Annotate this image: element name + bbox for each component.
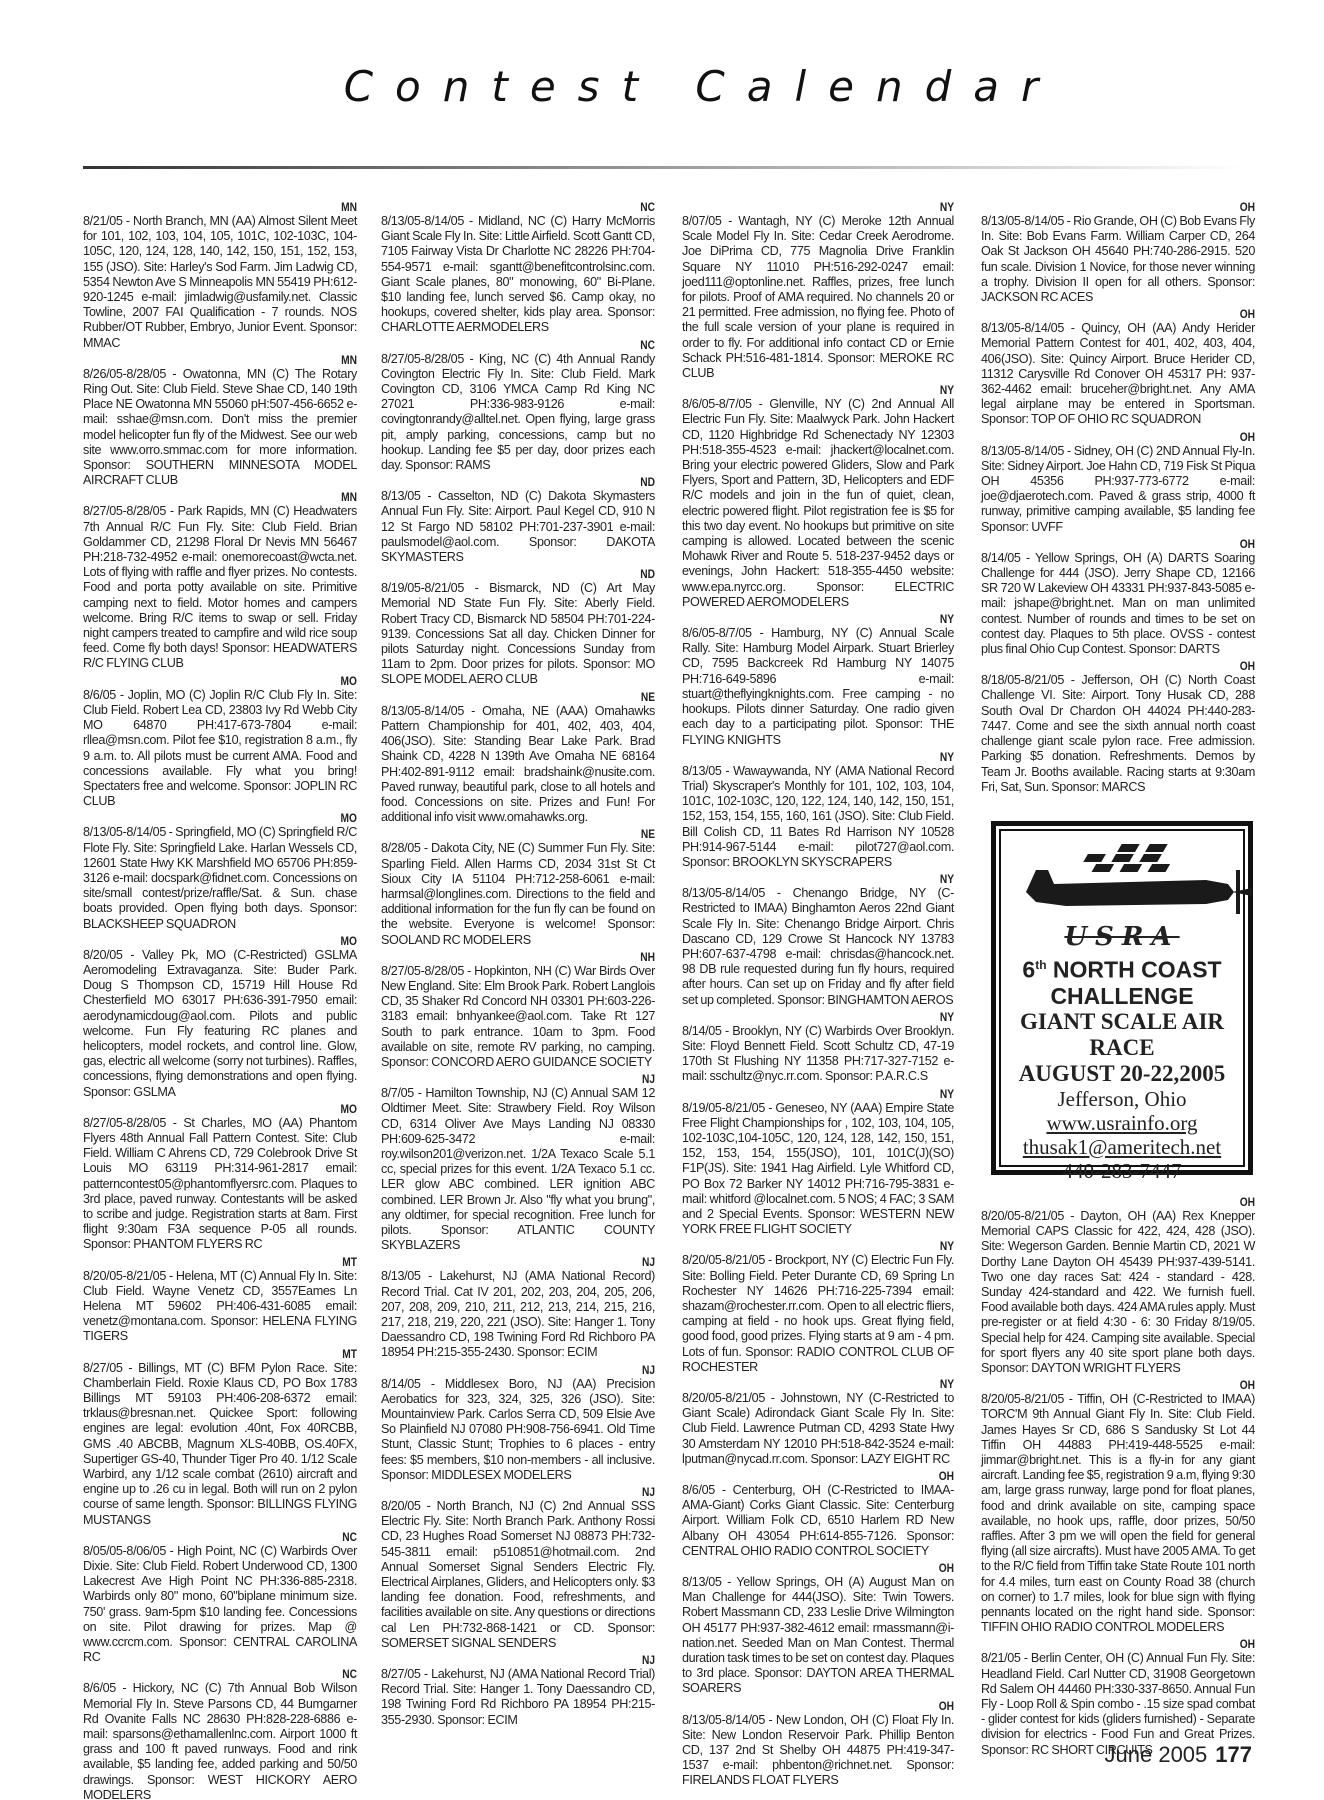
calendar-entry: MO8/13/05-8/14/05 - Springfield, MO (C) … <box>83 811 357 931</box>
entry-text: 8/6/05 - Joplin, MO (C) Joplin R/C Club … <box>83 688 357 810</box>
state-heading: OH <box>723 1699 954 1713</box>
entry-text: 8/21/05 - North Branch, MN (AA) Almost S… <box>83 214 357 351</box>
calendar-entry: MO8/20/05 - Valley Pk, MO (C-Restricted)… <box>83 934 357 1100</box>
calendar-entry: NY8/14/05 - Brooklyn, NY (C) Warbirds Ov… <box>682 1010 954 1085</box>
calendar-entry: ND8/13/05 - Casselton, ND (C) Dakota Sky… <box>381 475 655 565</box>
calendar-entry: OH8/13/05-8/14/05 - Sidney, OH (C) 2ND A… <box>981 430 1255 535</box>
entry-text: 8/6/05 - Hickory, NC (C) 7th Annual Bob … <box>83 1681 357 1800</box>
entry-text: 8/7/05 - Hamilton Township, NJ (C) Annua… <box>381 1086 655 1253</box>
entry-text: 8/13/05-8/14/05 - Rio Grande, OH (C) Bob… <box>981 214 1255 305</box>
state-heading: NC <box>124 1667 357 1681</box>
state-heading: NY <box>723 1239 954 1253</box>
entry-text: 8/27/05 - Lakehurst, NJ (AMA National Re… <box>381 1667 655 1728</box>
state-heading: NC <box>422 200 655 214</box>
calendar-entry: MO8/6/05 - Joplin, MO (C) Joplin R/C Clu… <box>83 674 357 810</box>
state-heading: OH <box>1022 307 1255 321</box>
entry-text: 8/13/05-8/14/05 - Springfield, MO (C) Sp… <box>83 825 357 931</box>
state-heading: NY <box>723 383 954 397</box>
state-heading: NY <box>723 1087 954 1101</box>
entry-text: 8/13/05-8/14/05 - Chenango Bridge, NY (C… <box>682 886 954 1008</box>
entry-text: 8/20/05-8/21/05 - Johnstown, NY (C-Restr… <box>682 1391 954 1467</box>
calendar-entry: NY8/19/05-8/21/05 - Geneseo, NY (AAA) Em… <box>682 1087 954 1238</box>
state-heading: NY <box>723 872 954 886</box>
entry-text: 8/13/05 - Lakehurst, NJ (AMA National Re… <box>381 1269 655 1360</box>
calendar-entry: NC8/27/05-8/28/05 - King, NC (C) 4th Ann… <box>381 338 655 474</box>
entry-text: 8/20/05-8/21/05 - Dayton, OH (AA) Rex Kn… <box>981 1209 1255 1376</box>
calendar-entry: NY8/13/05-8/14/05 - Chenango Bridge, NY … <box>682 872 954 1008</box>
state-heading: NJ <box>422 1363 655 1377</box>
entry-text: 8/05/05-8/06/05 - High Point, NC (C) War… <box>83 1544 357 1666</box>
calendar-entry: OH8/13/05-8/14/05 - New London, OH (C) F… <box>682 1699 954 1789</box>
state-heading: ND <box>422 567 655 581</box>
calendar-entry: NJ8/14/05 - Middlesex Boro, NJ (AA) Prec… <box>381 1363 655 1483</box>
state-heading: MT <box>124 1347 357 1361</box>
entry-text: 8/18/05-8/21/05 - Jefferson, OH (C) Nort… <box>981 673 1255 795</box>
column-4-bottom: OH8/20/05-8/21/05 - Dayton, OH (AA) Rex … <box>981 1195 1255 1758</box>
state-heading: NY <box>723 612 954 626</box>
entry-text: 8/27/05-8/28/05 - St Charles, MO (AA) Ph… <box>83 1116 357 1253</box>
entry-text: 8/6/05-8/7/05 - Glenville, NY (C) 2nd An… <box>682 397 954 610</box>
calendar-entry: NJ8/27/05 - Lakehurst, NJ (AMA National … <box>381 1653 655 1728</box>
entry-text: 8/13/05 - Casselton, ND (C) Dakota Skyma… <box>381 489 655 565</box>
state-heading: MN <box>124 353 357 367</box>
calendar-entry: NJ8/13/05 - Lakehurst, NJ (AMA National … <box>381 1255 655 1360</box>
ad-location: Jefferson, Ohio <box>1006 1087 1238 1111</box>
state-heading: MO <box>124 1102 357 1116</box>
entry-text: 8/14/05 - Brooklyn, NY (C) Warbirds Over… <box>682 1024 954 1085</box>
state-heading: NH <box>422 950 655 964</box>
entry-text: 8/13/05-8/14/05 - Sidney, OH (C) 2ND Ann… <box>981 444 1255 535</box>
ad-line-2: CHALLENGE <box>1006 983 1238 1009</box>
calendar-entry: OH8/13/05-8/14/05 - Rio Grande, OH (C) B… <box>981 200 1255 305</box>
calendar-entry: OH8/14/05 - Yellow Springs, OH (A) DARTS… <box>981 537 1255 657</box>
entry-text: 8/13/05-8/14/05 - Midland, NC (C) Harry … <box>381 214 655 336</box>
calendar-entry: NJ8/20/05 - North Branch, NJ (C) 2nd Ann… <box>381 1485 655 1651</box>
state-heading: MT <box>124 1255 357 1269</box>
state-heading: OH <box>1022 1378 1255 1392</box>
calendar-entry: OH8/18/05-8/21/05 - Jefferson, OH (C) No… <box>981 659 1255 795</box>
calendar-entry: OH8/20/05-8/21/05 - Dayton, OH (AA) Rex … <box>981 1195 1255 1376</box>
state-heading: NY <box>723 750 954 764</box>
state-heading: OH <box>1022 430 1255 444</box>
column-4: OH8/13/05-8/14/05 - Rio Grande, OH (C) B… <box>981 198 1255 1758</box>
state-heading: MO <box>124 934 357 948</box>
ad-line-4: RACE <box>1006 1035 1238 1061</box>
entry-text: 8/6/05-8/7/05 - Hamburg, NY (C) Annual S… <box>682 626 954 748</box>
entry-text: 8/14/05 - Middlesex Boro, NJ (AA) Precis… <box>381 1377 655 1483</box>
state-heading: OH <box>723 1469 954 1483</box>
calendar-entry: NC8/13/05-8/14/05 - Midland, NC (C) Harr… <box>381 200 655 336</box>
entry-text: 8/6/05 - Centerburg, OH (C-Restricted to… <box>682 1483 954 1559</box>
calendar-entry: NC8/6/05 - Hickory, NC (C) 7th Annual Bo… <box>83 1667 357 1800</box>
calendar-entry: OH8/21/05 - Berlin Center, OH (C) Annual… <box>981 1637 1255 1757</box>
state-heading: NY <box>723 200 954 214</box>
entry-text: 8/27/05 - Billings, MT (C) BFM Pylon Rac… <box>83 1361 357 1528</box>
calendar-entry: NY8/6/05-8/7/05 - Glenville, NY (C) 2nd … <box>682 383 954 610</box>
state-heading: NJ <box>422 1485 655 1499</box>
page-footer: June 2005177 <box>1105 1742 1252 1768</box>
calendar-entry: MT8/20/05-8/21/05 - Helena, MT (C) Annua… <box>83 1255 357 1345</box>
ad-email-link[interactable]: thusak1@ameritech.net <box>1006 1135 1238 1159</box>
calendar-entry: MT8/27/05 - Billings, MT (C) BFM Pylon R… <box>83 1347 357 1528</box>
entry-text: 8/13/05-8/14/05 - Quincy, OH (AA) Andy H… <box>981 321 1255 427</box>
state-heading: MO <box>124 811 357 825</box>
state-heading: MN <box>124 200 357 214</box>
entry-text: 8/19/05-8/21/05 - Bismarck, ND (C) Art M… <box>381 581 655 687</box>
ad-line-3: GIANT SCALE AIR <box>1006 1009 1238 1035</box>
entry-text: 8/19/05-8/21/05 - Geneseo, NY (AAA) Empi… <box>682 1101 954 1238</box>
ad-line-1: 6th NORTH COAST <box>1006 952 1238 983</box>
state-heading: NJ <box>422 1653 655 1667</box>
state-heading: NE <box>422 690 655 704</box>
page-title: Contest Calendar <box>0 62 1324 111</box>
ad-date: AUGUST 20-22,2005 <box>1006 1061 1238 1087</box>
calendar-entry: MN8/21/05 - North Branch, MN (AA) Almost… <box>83 200 357 351</box>
entry-text: 8/26/05-8/28/05 - Owatonna, MN (C) The R… <box>83 367 357 489</box>
calendar-entry: OH8/20/05-8/21/05 - Tiffin, OH (C-Restri… <box>981 1378 1255 1635</box>
entry-text: 8/20/05-8/21/05 - Helena, MT (C) Annual … <box>83 1269 357 1345</box>
state-heading: NJ <box>422 1072 655 1086</box>
calendar-entry: MO8/27/05-8/28/05 - St Charles, MO (AA) … <box>83 1102 357 1253</box>
entry-text: 8/13/05 - Yellow Springs, OH (A) August … <box>682 1575 954 1697</box>
calendar-entry: MN8/26/05-8/28/05 - Owatonna, MN (C) The… <box>83 353 357 489</box>
state-heading: OH <box>1022 537 1255 551</box>
state-heading: OH <box>1022 1637 1255 1651</box>
state-heading: NC <box>422 338 655 352</box>
calendar-entry: NH8/27/05-8/28/05 - Hopkinton, NH (C) Wa… <box>381 950 655 1070</box>
page-number: 177 <box>1215 1742 1252 1767</box>
entry-text: 8/13/05-8/14/05 - New London, OH (C) Flo… <box>682 1713 954 1789</box>
calendar-entry: NY8/07/05 - Wantagh, NY (C) Meroke 12th … <box>682 200 954 381</box>
column-1: MN8/21/05 - North Branch, MN (AA) Almost… <box>83 198 357 1800</box>
state-heading: MO <box>124 674 357 688</box>
calendar-entry: NE8/28/05 - Dakota City, NE (C) Summer F… <box>381 827 655 947</box>
calendar-entry: ND8/19/05-8/21/05 - Bismarck, ND (C) Art… <box>381 567 655 687</box>
entry-text: 8/20/05 - North Branch, NJ (C) 2nd Annua… <box>381 1499 655 1651</box>
entry-text: 8/20/05-8/21/05 - Tiffin, OH (C-Restrict… <box>981 1392 1255 1635</box>
issue-date: June 2005 <box>1105 1742 1208 1767</box>
state-heading: NE <box>422 827 655 841</box>
entry-text: 8/07/05 - Wantagh, NY (C) Meroke 12th An… <box>682 214 954 381</box>
calendar-entry: NY8/20/05-8/21/05 - Johnstown, NY (C-Res… <box>682 1377 954 1467</box>
calendar-entry: NY8/20/05-8/21/05 - Brockport, NY (C) El… <box>682 1239 954 1375</box>
entry-text: 8/13/05 - Wawaywanda, NY (AMA National R… <box>682 764 954 870</box>
column-3: NY8/07/05 - Wantagh, NY (C) Meroke 12th … <box>682 198 954 1789</box>
state-heading: NC <box>124 1530 357 1544</box>
state-heading: MN <box>124 490 357 504</box>
entry-text: 8/27/05-8/28/05 - King, NC (C) 4th Annua… <box>381 352 655 474</box>
state-heading: OH <box>1022 200 1255 214</box>
column-2: NC8/13/05-8/14/05 - Midland, NC (C) Harr… <box>381 198 655 1728</box>
north-coast-challenge-ad: USRA 6th NORTH COAST CHALLENGE GIANT SCA… <box>991 821 1253 1175</box>
calendar-entry: NY8/13/05 - Wawaywanda, NY (AMA National… <box>682 750 954 870</box>
entry-text: 8/20/05-8/21/05 - Brockport, NY (C) Elec… <box>682 1253 954 1375</box>
calendar-entry: NE8/13/05-8/14/05 - Omaha, NE (AAA) Omah… <box>381 690 655 826</box>
entry-text: 8/20/05 - Valley Pk, MO (C-Restricted) G… <box>83 948 357 1100</box>
calendar-entry: NY8/6/05-8/7/05 - Hamburg, NY (C) Annual… <box>682 612 954 748</box>
calendar-entry: OH8/13/05 - Yellow Springs, OH (A) Augus… <box>682 1561 954 1697</box>
entry-text: 8/14/05 - Yellow Springs, OH (A) DARTS S… <box>981 551 1255 657</box>
state-heading: OH <box>1022 1195 1255 1209</box>
calendar-entry: NJ8/7/05 - Hamilton Township, NJ (C) Ann… <box>381 1072 655 1253</box>
calendar-entry: NC8/05/05-8/06/05 - High Point, NC (C) W… <box>83 1530 357 1666</box>
ad-phone: 440-283-7447 <box>1006 1159 1238 1183</box>
calendar-entry: MN8/27/05-8/28/05 - Park Rapids, MN (C) … <box>83 490 357 671</box>
state-heading: ND <box>422 475 655 489</box>
state-heading: NY <box>723 1010 954 1024</box>
ad-website-link[interactable]: www.usrainfo.org <box>1006 1111 1238 1135</box>
header-rule <box>83 166 1243 169</box>
state-heading: OH <box>1022 659 1255 673</box>
entry-text: 8/28/05 - Dakota City, NE (C) Summer Fun… <box>381 841 655 947</box>
state-heading: NJ <box>422 1255 655 1269</box>
state-heading: NY <box>723 1377 954 1391</box>
entry-text: 8/27/05-8/28/05 - Hopkinton, NH (C) War … <box>381 964 655 1070</box>
entry-text: 8/27/05-8/28/05 - Park Rapids, MN (C) He… <box>83 504 357 671</box>
calendar-entry: OH8/13/05-8/14/05 - Quincy, OH (AA) Andy… <box>981 307 1255 427</box>
column-4-top: OH8/13/05-8/14/05 - Rio Grande, OH (C) B… <box>981 200 1255 795</box>
calendar-entry: OH8/6/05 - Centerburg, OH (C-Restricted … <box>682 1469 954 1559</box>
state-heading: OH <box>723 1561 954 1575</box>
entry-text: 8/13/05-8/14/05 - Omaha, NE (AAA) Omahaw… <box>381 704 655 826</box>
airplane-logo-icon <box>1006 840 1238 928</box>
